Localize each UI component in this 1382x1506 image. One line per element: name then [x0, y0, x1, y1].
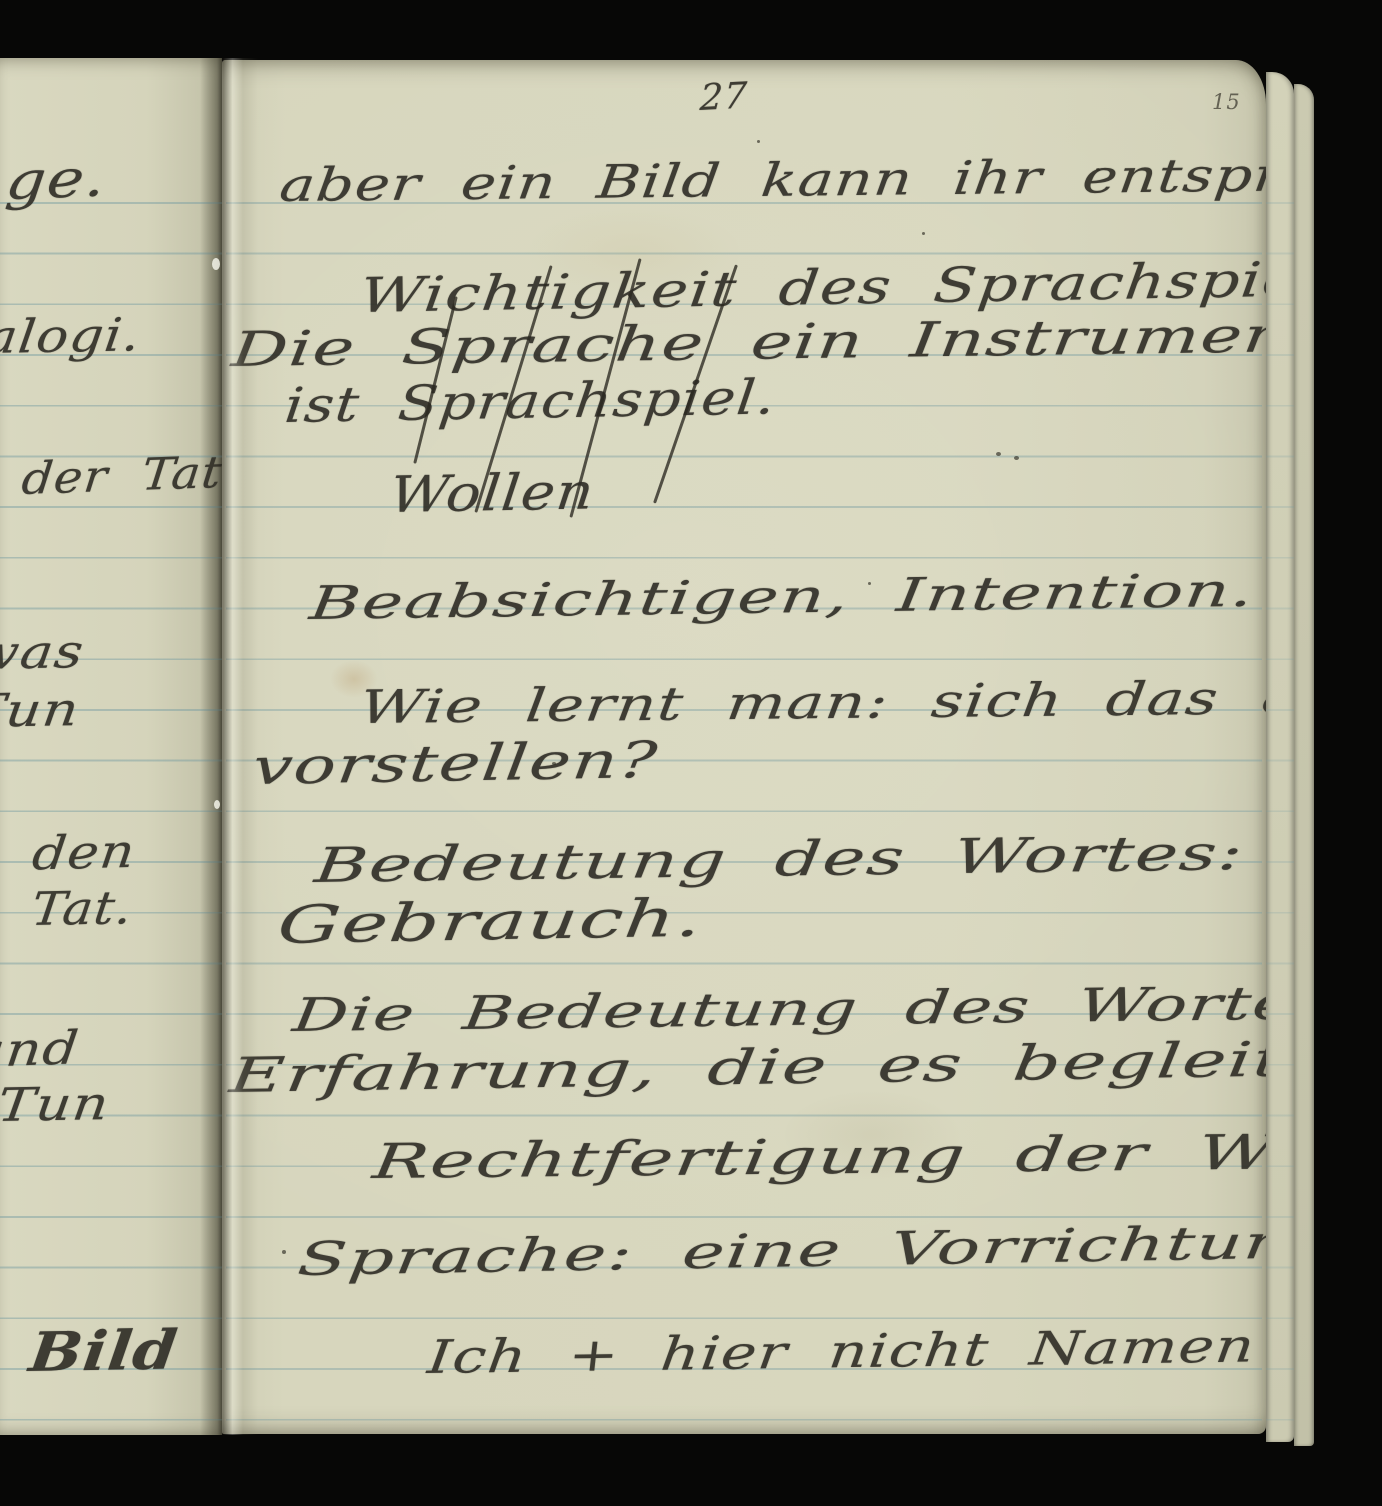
handwritten-line: Ich + hier nicht Namen — [425, 1318, 1258, 1384]
left-page-fragment: Tun — [0, 682, 83, 738]
scanned-notebook-page: ge. alogi. der Tat. was Tun t den Tat. a… — [0, 0, 1382, 1506]
handwritten-line: Gebrauch. — [275, 889, 706, 957]
ink-speck — [996, 452, 1001, 456]
left-page-edge: ge. alogi. der Tat. was Tun t den Tat. a… — [0, 58, 222, 1435]
handwritten-line: Wollen — [387, 462, 598, 524]
main-page: 27 15 aber ein Bild kann ihr entsprechen… — [222, 60, 1266, 1434]
handwritten-line: Bedeutung des Wortes: sein — [312, 822, 1266, 894]
handwritten-line: Beabsichtigen, Intention. — [307, 563, 1257, 630]
left-page-fragment: ge. — [3, 148, 110, 212]
ink-speck — [757, 140, 760, 143]
handwritten-line: Rechtfertigung der Worte. — [370, 1123, 1266, 1190]
left-page-fragment: Tat. — [29, 880, 136, 936]
left-page-fragment: was — [0, 624, 87, 680]
ink-speck — [922, 232, 925, 235]
handwritten-line-struck: ist Sprachspiel. — [282, 369, 779, 434]
handwritten-line: Die Bedeutung des Wortes: die — [290, 973, 1266, 1042]
page-stack-edge — [1294, 84, 1314, 1446]
left-page-fragment: Tun — [0, 1076, 113, 1132]
left-page-fragment: Bild — [26, 1317, 182, 1384]
handwritten-line: vorstellen? — [250, 731, 661, 796]
ink-speck — [282, 1250, 286, 1254]
folio-number: 15 — [1212, 90, 1241, 114]
ink-speck — [1014, 456, 1019, 460]
handwritten-line: Erfahrung, die es begleitet. — [227, 1030, 1266, 1104]
left-page-fragment: alogi. — [0, 307, 144, 364]
ruled-lines — [0, 202, 222, 1435]
page-number: 27 — [699, 75, 749, 119]
left-page-fragment: t den — [0, 824, 138, 882]
ruled-lines — [1266, 202, 1294, 1435]
left-page-fragment: and — [0, 1020, 82, 1078]
page-stack-edge — [1266, 72, 1294, 1442]
handwritten-line: aber ein Bild kann ihr entsprechen. — [277, 145, 1266, 212]
handwritten-line: Sprache: eine Vorrichtung — [295, 1214, 1266, 1286]
left-page-fragment: der Tat. — [19, 446, 222, 505]
handwritten-line: Wie lernt man: sich das & das — [357, 668, 1266, 734]
